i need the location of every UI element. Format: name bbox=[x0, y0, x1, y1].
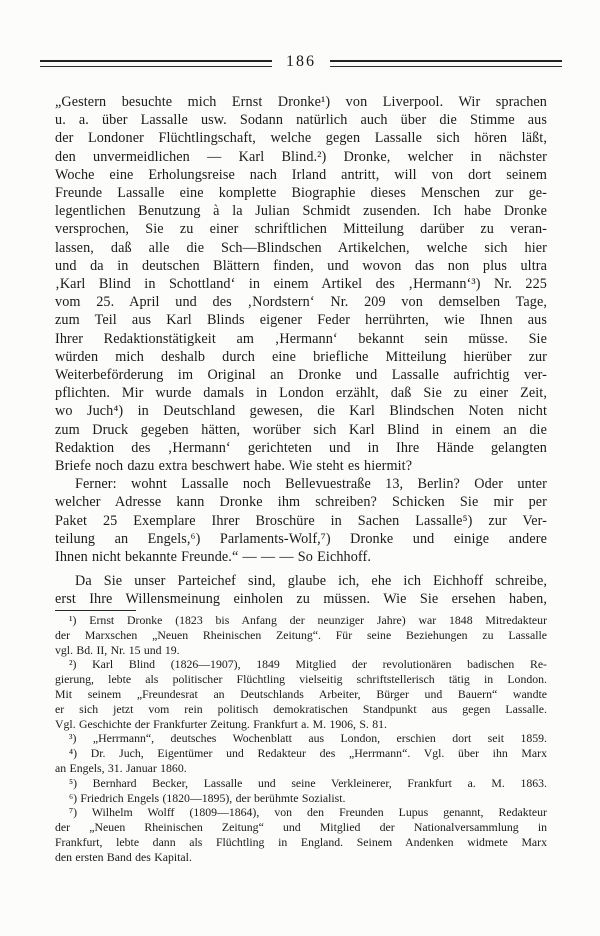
footnote-line: ³) „Herrmann“, deutsches Wochenblatt aus… bbox=[55, 731, 547, 746]
text-line: „Gestern besuchte mich Ernst Dronke¹) vo… bbox=[55, 93, 547, 111]
page-header: 186 bbox=[40, 55, 562, 71]
text-line: zum Druck gegeben hätten, worüber sich K… bbox=[55, 421, 547, 439]
text-line: ‚Karl Blind in Schottland‘ in einem Arti… bbox=[55, 275, 547, 293]
text-line: u. a. über Lassalle usw. Sodann natürlic… bbox=[55, 111, 547, 129]
paragraph: Ferner: wohnt Lassalle noch Bellevuestra… bbox=[55, 475, 547, 566]
header-rule-right bbox=[330, 60, 562, 67]
text-line: Ferner: wohnt Lassalle noch Bellevuestra… bbox=[55, 475, 547, 493]
footnote: ⁵) Bernhard Becker, Lassalle und seine V… bbox=[55, 776, 547, 791]
footnote: ¹) Ernst Dronke (1823 bis Anfang der neu… bbox=[55, 613, 547, 657]
text-line: Woche eine Erholungsreise nach Irland an… bbox=[55, 166, 547, 184]
text-line: Da Sie unser Parteichef sind, glaube ich… bbox=[55, 572, 547, 590]
text-line: versprochen, Sie zu einer schriftlichen … bbox=[55, 220, 547, 238]
letter-body: „Gestern besuchte mich Ernst Dronke¹) vo… bbox=[55, 93, 547, 609]
text-line: den unvermeidlichen — Karl Blind.²) Dron… bbox=[55, 148, 547, 166]
footnotes-section: ¹) Ernst Dronke (1823 bis Anfang der neu… bbox=[55, 613, 547, 865]
page-number: 186 bbox=[272, 54, 330, 70]
footnote-line: Vgl. Geschichte der Frankfurter Zeitung.… bbox=[55, 717, 547, 732]
footnote-line: an Engels, 31. Januar 1860. bbox=[55, 761, 547, 776]
text-line: Briefe noch dazu extra beschwert habe. W… bbox=[55, 457, 547, 475]
text-line: würden mich deshalb durch eine brieflich… bbox=[55, 348, 547, 366]
footnote-line: ⁷) Wilhelm Wolff (1809—1864), von den Fr… bbox=[55, 805, 547, 820]
footnote-line: der „Neuen Rheinischen Zeitung“ und Mitg… bbox=[55, 820, 547, 835]
paragraph: „Gestern besuchte mich Ernst Dronke¹) vo… bbox=[55, 93, 547, 475]
book-page: 186 „Gestern besuchte mich Ernst Dronke¹… bbox=[0, 0, 600, 936]
paragraph: Da Sie unser Parteichef sind, glaube ich… bbox=[55, 572, 547, 608]
footnote: ⁶) Friedrich Engels (1820—1895), der ber… bbox=[55, 791, 547, 806]
text-line: Redaktion des ‚Hermann‘ gerichteten und … bbox=[55, 439, 547, 457]
text-line: Freunde Lassalle eine komplette Biograph… bbox=[55, 184, 547, 202]
footnote: ²) Karl Blind (1826—1907), 1849 Mitglied… bbox=[55, 657, 547, 731]
text-line: Weiterbeförderung im Original an Dronke … bbox=[55, 366, 547, 384]
footnote-line: den ersten Band des Kapital. bbox=[55, 850, 547, 865]
text-line: pflichten. Mir wurde damals in London er… bbox=[55, 384, 547, 402]
text-line: der Londoner Flüchtlingschaft, welche ge… bbox=[55, 129, 547, 147]
footnote-separator bbox=[55, 610, 136, 611]
text-line: und da in deutschen Blättern finden, und… bbox=[55, 257, 547, 275]
footnote-line: gierung, lebte als politischer Flüchtlin… bbox=[55, 672, 547, 687]
text-line: Paket 25 Exemplare Ihrer Broschüre in Sa… bbox=[55, 512, 547, 530]
text-line: Ihnen nicht bekannte Freunde.“ — — — So … bbox=[55, 548, 547, 566]
text-line: wo Juch⁴) in Deutschland gewesen, die Ka… bbox=[55, 402, 547, 420]
text-line: legentlichen Benutzung à la Julian Schmi… bbox=[55, 202, 547, 220]
text-line: erst Ihre Willensmeinung einholen zu müs… bbox=[55, 590, 547, 608]
footnote-line: ⁶) Friedrich Engels (1820—1895), der ber… bbox=[55, 791, 547, 806]
text-line: zum Teil aus Karl Blinds eigener Feder h… bbox=[55, 311, 547, 329]
footnote-line: Mit seinem „Freundesrat an Deutschlands … bbox=[55, 687, 547, 702]
text-line: welcher Adresse kann Dronke ihm schreibe… bbox=[55, 493, 547, 511]
footnote-line: vgl. Bd. II, Nr. 15 und 19. bbox=[55, 643, 547, 658]
footnote-line: ⁴) Dr. Juch, Eigentümer und Redakteur de… bbox=[55, 746, 547, 761]
footnote-line: ⁵) Bernhard Becker, Lassalle und seine V… bbox=[55, 776, 547, 791]
footnote: ³) „Herrmann“, deutsches Wochenblatt aus… bbox=[55, 731, 547, 746]
footnote: ⁴) Dr. Juch, Eigentümer und Redakteur de… bbox=[55, 746, 547, 776]
text-line: lassen, daß alle die Sch—Blindschen Arti… bbox=[55, 239, 547, 257]
footnote-line: er sich jetzt vom rein politisch demokra… bbox=[55, 702, 547, 717]
footnote-line: ¹) Ernst Dronke (1823 bis Anfang der neu… bbox=[55, 613, 547, 628]
footnote-line: Frankfurt, lebte dann als Flüchtling in … bbox=[55, 835, 547, 850]
text-line: vom 25. April und des ‚Nordstern‘ Nr. 20… bbox=[55, 293, 547, 311]
footnote-line: ²) Karl Blind (1826—1907), 1849 Mitglied… bbox=[55, 657, 547, 672]
text-line: Ihrer Redaktionstätigkeit am ‚Hermann‘ b… bbox=[55, 330, 547, 348]
footnote: ⁷) Wilhelm Wolff (1809—1864), von den Fr… bbox=[55, 805, 547, 864]
header-rule-left bbox=[40, 60, 272, 67]
text-line: teilung an Engels,⁶) Parlaments-Wolf,⁷) … bbox=[55, 530, 547, 548]
footnote-line: der Marxschen „Neuen Rheinischen Zeitung… bbox=[55, 628, 547, 643]
